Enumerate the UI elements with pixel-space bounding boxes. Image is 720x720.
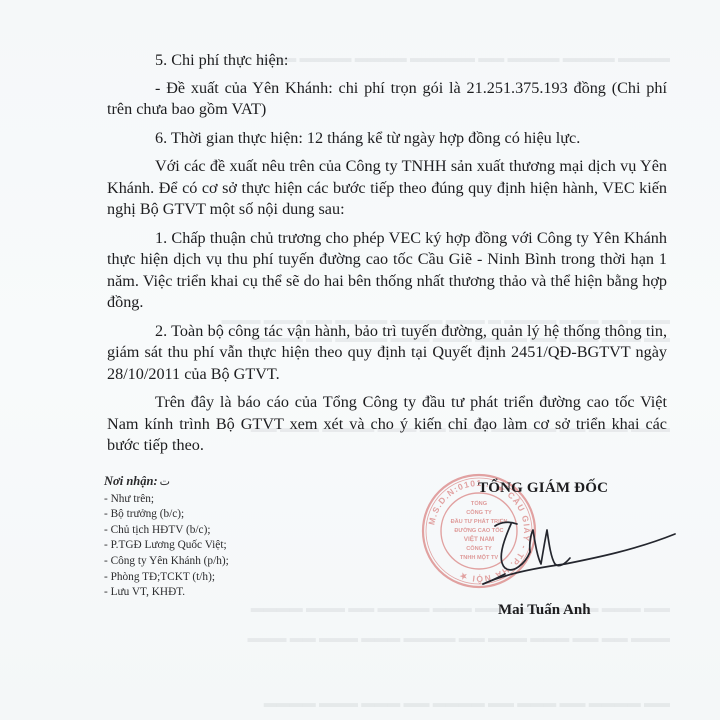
handwritten-signature-icon <box>475 512 680 592</box>
recipient-item: - Bộ trưởng (b/c); <box>104 507 229 523</box>
signer-name: Mai Tuấn Anh <box>498 602 591 619</box>
recipient-item: - Phòng TĐ;TCKT (t/h); <box>104 570 229 586</box>
recipient-item: - Công ty Yên Khánh (p/h); <box>104 554 229 570</box>
duration: 6. Thời gian thực hiện: 12 tháng kể từ n… <box>107 128 667 150</box>
signature-block: TỔNG GIÁM ĐỐC M.S.D.N:0101... ★ CẦU GIẤY… <box>420 472 680 642</box>
bleed-through-text: ▬▬ ▬▬▬▬ ▬▬ ▬▬▬ ▬▬ ▬▬▬▬ ▬▬ ▬▬▬ ▬▬▬ ▬▬▬▬ <box>150 695 670 711</box>
check-mark-icon: ت <box>160 476 170 488</box>
recipients-list: - Như trên; - Bộ trưởng (b/c); - Chủ tịc… <box>104 492 229 601</box>
cost-heading: 5. Chi phí thực hiện: <box>107 50 667 72</box>
recipients-heading: Nơi nhận:ت <box>104 474 229 491</box>
recipient-item: - Lưu VT, KHĐT. <box>104 585 229 601</box>
closing-paragraph: Trên đây là báo cáo của Tổng Công ty đầu… <box>107 392 667 457</box>
recommendation-2: 2. Toàn bộ công tác vận hành, bảo trì tu… <box>107 321 667 386</box>
recipient-item: - Như trên; <box>104 492 229 508</box>
document-body: 5. Chi phí thực hiện: - Đề xuất của Yên … <box>107 50 667 457</box>
svg-text:TỔNG: TỔNG <box>471 500 487 507</box>
recipients-block: Nơi nhận:ت - Như trên; - Bộ trưởng (b/c)… <box>104 474 229 601</box>
recipient-item: - P.TGĐ Lương Quốc Việt; <box>104 538 229 554</box>
document-page: ▬▬▬▬ ▬▬▬▬ ▬▬▬▬ ▬▬ ▬▬▬▬▬ ▬▬▬▬ ▬▬▬▬ ▬▬▬ ▬▬… <box>0 0 720 720</box>
signer-title: TỔNG GIÁM ĐỐC <box>478 480 608 497</box>
recipient-item: - Chủ tịch HĐTV (b/c); <box>104 523 229 539</box>
proposal-intro: Với các đề xuất nêu trên của Công ty TNH… <box>107 156 667 221</box>
recommendation-1: 1. Chấp thuận chủ trương cho phép VEC ký… <box>107 228 667 314</box>
cost-detail: - Đề xuất của Yên Khánh: chi phí trọn gó… <box>107 78 667 121</box>
